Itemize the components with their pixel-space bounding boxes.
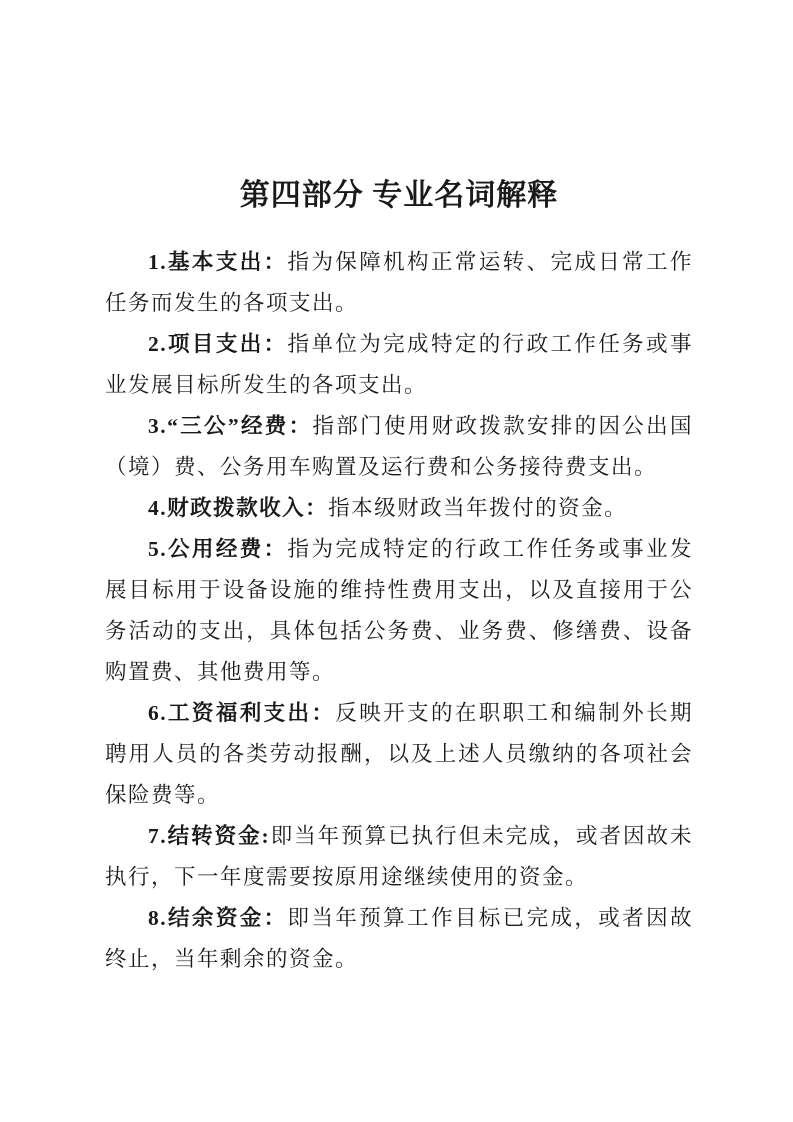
document-page: 第四部分 专业名词解释 1.基本支出：指为保障机构正常运转、完成日常工作任务而发… (0, 0, 793, 1122)
term-label: 3.“三公”经费： (148, 414, 312, 438)
definition-paragraph-basic-expenditure: 1.基本支出：指为保障机构正常运转、完成日常工作任务而发生的各项支出。 (105, 242, 693, 324)
definition-paragraph-three-public-funds: 3.“三公”经费：指部门使用财政拨款安排的因公出国（境）费、公务用车购置及运行费… (105, 406, 693, 488)
term-label: 5.公用经费： (148, 537, 288, 561)
document-content: 第四部分 专业名词解释 1.基本支出：指为保障机构正常运转、完成日常工作任务而发… (105, 178, 693, 980)
term-label: 1.基本支出： (148, 250, 288, 274)
definition-paragraph-fiscal-appropriation-income: 4.财政拨款收入：指本级财政当年拨付的资金。 (105, 488, 693, 529)
definition-paragraph-surplus-funds: 8.结余资金：即当年预算工作目标已完成，或者因故终止，当年剩余的资金。 (105, 898, 693, 980)
term-label: 8.结余资金： (148, 906, 288, 930)
term-label: 6.工资福利支出： (148, 701, 335, 725)
definition-paragraph-public-funds: 5.公用经费：指为完成特定的行政工作任务或事业发展目标用于设备设施的维持性费用支… (105, 529, 693, 693)
page-title: 第四部分 专业名词解释 (105, 178, 693, 214)
definition-paragraph-wage-welfare-expenditure: 6.工资福利支出：反映开支的在职职工和编制外长期聘用人员的各类劳动报酬，以及上述… (105, 693, 693, 816)
term-label: 7.结转资金: (148, 824, 270, 848)
term-label: 4.财政拨款收入： (148, 496, 328, 520)
definition-paragraph-project-expenditure: 2.项目支出：指单位为完成特定的行政工作任务或事业发展目标所发生的各项支出。 (105, 324, 693, 406)
definition-paragraph-carryover-funds: 7.结转资金:即当年预算已执行但未完成，或者因故未执行，下一年度需要按原用途继续… (105, 816, 693, 898)
term-definition: 指本级财政当年拨付的资金。 (328, 496, 627, 520)
term-label: 2.项目支出： (148, 332, 288, 356)
